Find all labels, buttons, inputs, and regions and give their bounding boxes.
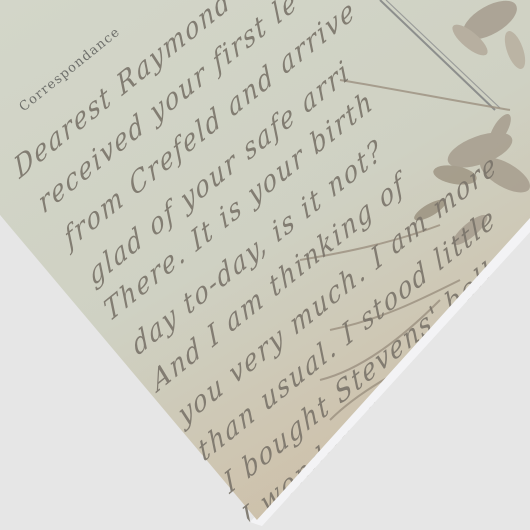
- product-photo: Correspondance Dearest Raymond I receive…: [0, 0, 530, 530]
